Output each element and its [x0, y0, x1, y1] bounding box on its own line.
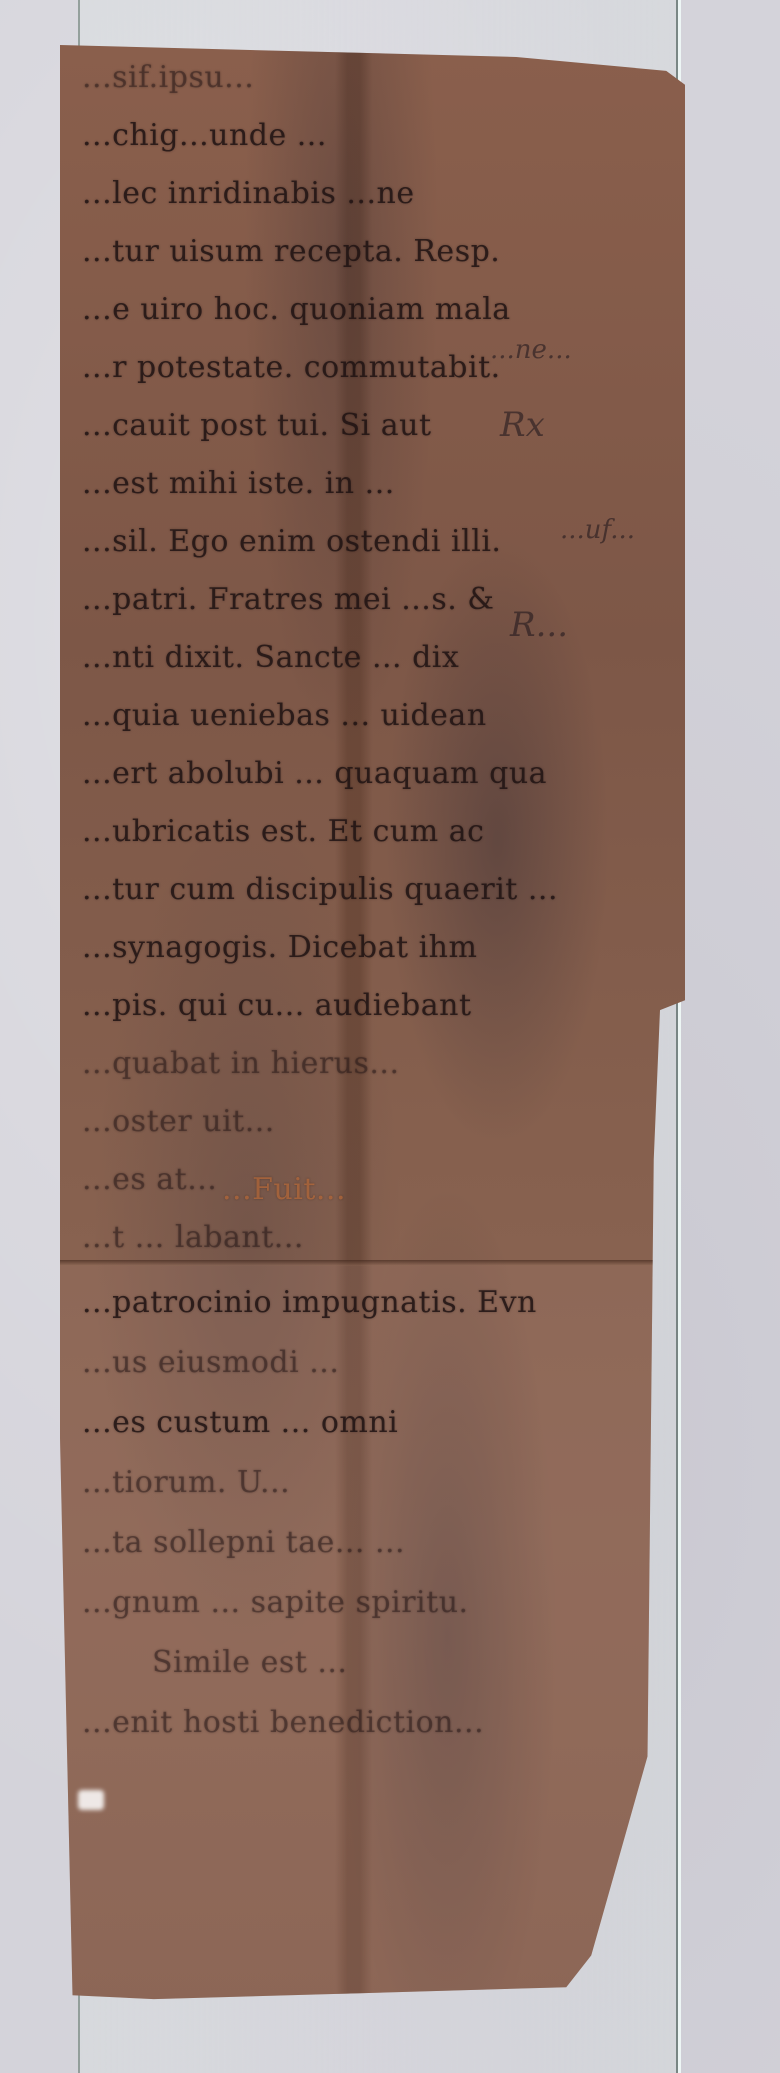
text-line: ...us eiusmodi ... [82, 1345, 339, 1380]
marginal-note: ...ne... [490, 335, 572, 365]
marginal-note: ...uf... [560, 515, 635, 545]
text-line: ...pis. qui cu... audiebant [82, 988, 472, 1023]
text-line: ...patri. Fratres mei ...s. & [82, 582, 495, 617]
text-line: ...r potestate. commutabit. [82, 350, 501, 385]
text-line: ...ert abolubi ... quaquam qua [82, 756, 547, 791]
text-line: ...quabat in hierus... [82, 1046, 400, 1081]
text-line: ...ta sollepni tae... ... [82, 1525, 405, 1560]
text-line: ...oster uit... [82, 1104, 275, 1139]
text-line: ...cauit post tui. Si aut [82, 408, 432, 443]
text-line: ...synagogis. Dicebat ihm [82, 930, 477, 965]
text-line: ...e uiro hoc. quoniam mala [82, 292, 511, 327]
text-line: ...tur cum discipulis quaerit ... [82, 872, 558, 907]
text-line: ...patrocinio impugnatis. Evn [82, 1285, 537, 1320]
text-line: ...gnum ... sapite spiritu. [82, 1585, 469, 1620]
text-line: ...nti dixit. Sancte ... dix [82, 640, 459, 675]
marginal-note: R... [510, 605, 568, 645]
text-line: ...enit hosti benediction... [82, 1705, 484, 1740]
marginal-note: Rx [500, 405, 545, 445]
text-line: ...t ... labant... [82, 1220, 304, 1255]
rubric-line: ...Fuit... [222, 1172, 346, 1207]
text-line: ...ubricatis est. Et cum ac [82, 814, 484, 849]
text-line: ...es at... [82, 1162, 217, 1197]
text-line: ...es custum ... omni [82, 1405, 398, 1440]
text-line: ...sil. Ego enim ostendi illi. [82, 524, 501, 559]
text-line: ...tur uisum recepta. Resp. [82, 234, 500, 269]
text-line: ...est mihi iste. in ... [82, 466, 395, 501]
text-line: ...sif.ipsu... [82, 60, 254, 95]
manuscript-fragment: ...sif.ipsu... ...chig...unde ... ...lec… [60, 45, 685, 2035]
text-line: ...lec inridinabis ...ne [82, 176, 415, 211]
text-line: ...tiorum. U... [82, 1465, 290, 1500]
text-line: ...quia ueniebas ... uidean [82, 698, 487, 733]
light-reflection [78, 1790, 104, 1810]
text-line: Simile est ... [152, 1645, 347, 1680]
text-line: ...chig...unde ... [82, 118, 327, 153]
